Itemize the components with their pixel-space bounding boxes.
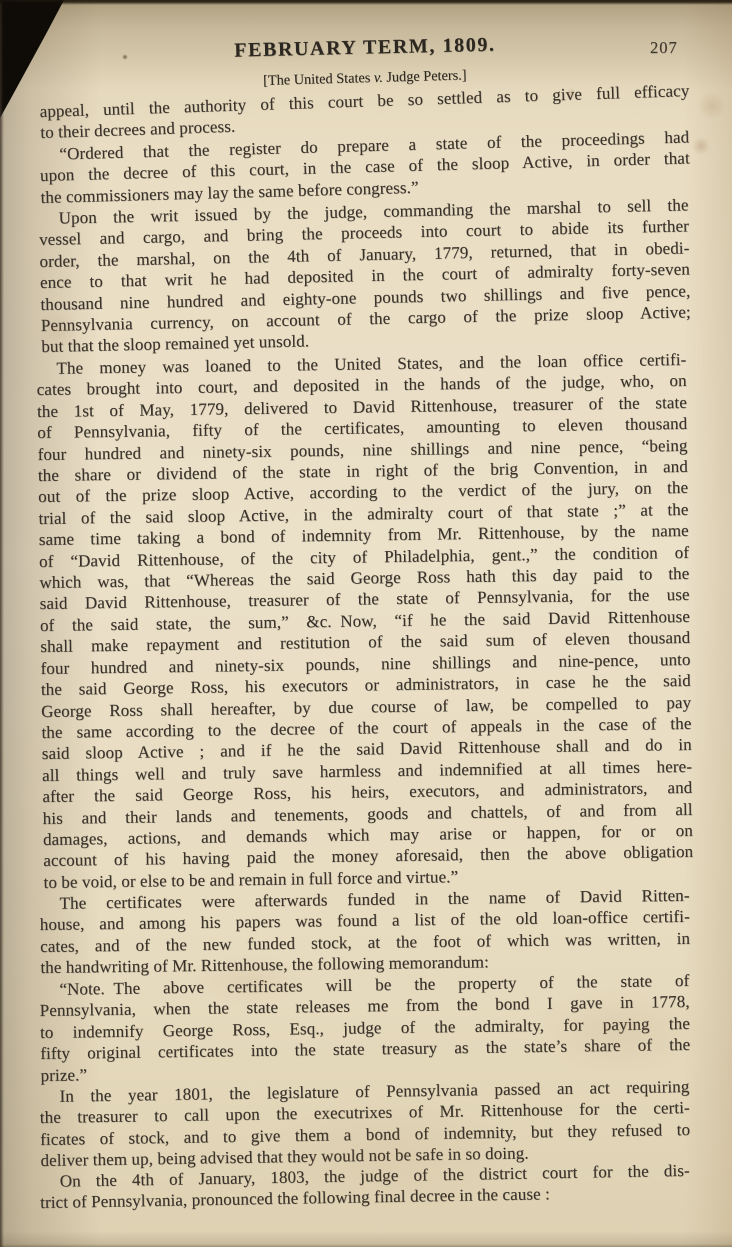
caption-versus: v. [374, 70, 383, 86]
paragraph: Upon the writ issued by the judge, comma… [38, 194, 691, 357]
page-text: appeal, until the authority of this cour… [40, 101, 690, 1214]
term-title: FEBRUARY TERM, 1809. [234, 34, 496, 62]
page-number: 207 [650, 38, 698, 58]
caption-open: [The United States [263, 70, 374, 89]
paragraph: The money was loaned to the United State… [36, 349, 693, 893]
paragraph: In the year 1801, the legislature of Pen… [39, 1076, 690, 1172]
scanned-page: FEBRUARY TERM, 1809. 207 [The United Sta… [0, 0, 732, 1247]
paragraph: The certificates were afterwards funded … [39, 885, 690, 979]
running-header: FEBRUARY TERM, 1809. [40, 29, 690, 67]
caption-close: Judge Peters.] [383, 67, 467, 85]
paragraph: “Note. The above certificates will be th… [39, 970, 690, 1086]
